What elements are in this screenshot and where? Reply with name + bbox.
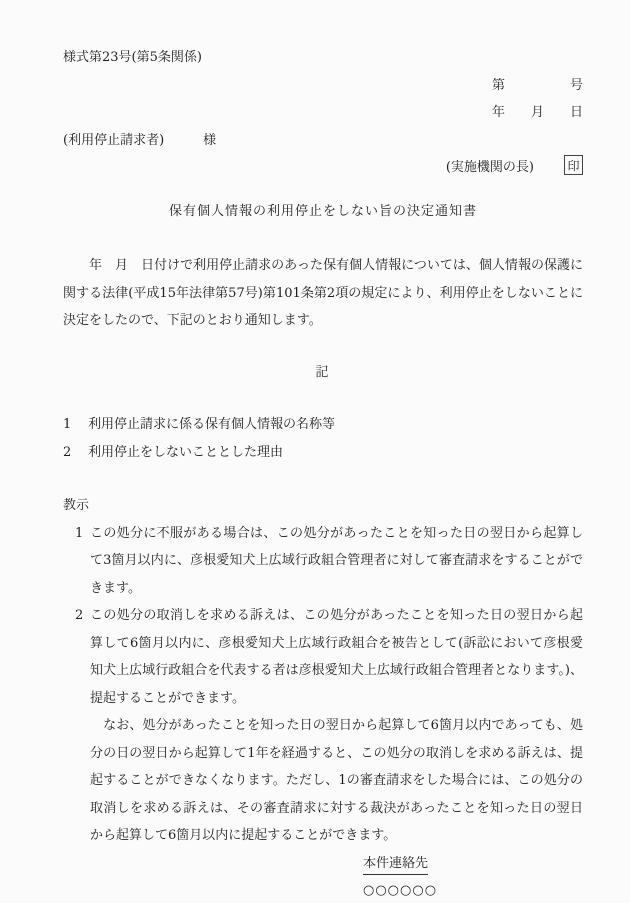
record-item-text: 利用停止請求に係る保有個人情報の名称等 bbox=[88, 411, 583, 439]
record-item-1: 1 利用停止請求に係る保有個人情報の名称等 bbox=[63, 411, 583, 439]
body-paragraph: 年 月 日付けで利用停止請求のあった保有個人情報については、個人情報の保護に関す… bbox=[63, 252, 583, 335]
form-number: 様式第23号(第5条関係) bbox=[63, 44, 583, 72]
record-item-text: 利用停止をしないこととした理由 bbox=[88, 439, 583, 467]
kyoji-item-text: この処分に不服がある場合は、この処分があったことを知った日の翌日から起算して3箇… bbox=[90, 520, 583, 603]
seal-stamp-box: 印 bbox=[564, 155, 583, 175]
document-title: 保有個人情報の利用停止をしない旨の決定通知書 bbox=[63, 198, 583, 226]
contact-block: 本件連絡先 ○○○○○○ bbox=[363, 850, 583, 903]
kyoji-item-note: なお、処分があったことを知った日の翌日から起算して6箇月以内であっても、処分の日… bbox=[90, 712, 583, 850]
kyoji-heading: 教示 bbox=[63, 492, 583, 520]
issuer-line: (実施機関の長)印 bbox=[63, 154, 583, 182]
kyoji-item-2: 2 この処分の取消しを求める訴えは、この処分があったことを知った日の翌日から起算… bbox=[75, 602, 583, 850]
kyoji-item-body: この処分の取消しを求める訴えは、この処分があったことを知った日の翌日から起算して… bbox=[90, 602, 583, 850]
issuer-label: (実施機関の長) bbox=[446, 160, 534, 175]
record-item-number: 1 bbox=[63, 411, 88, 439]
record-item-number: 2 bbox=[63, 439, 88, 467]
kyoji-item-number: 2 bbox=[75, 602, 90, 850]
contact-label: 本件連絡先 bbox=[363, 854, 428, 875]
contact-value: ○○○○○○ bbox=[363, 877, 583, 903]
kyoji-item-1: 1 この処分に不服がある場合は、この処分があったことを知った日の翌日から起算して… bbox=[75, 520, 583, 603]
kyoji-item-text: この処分の取消しを求める訴えは、この処分があったことを知った日の翌日から起算して… bbox=[90, 602, 583, 712]
kyoji-section: 教示 1 この処分に不服がある場合は、この処分があったことを知った日の翌日から起… bbox=[63, 492, 583, 850]
kyoji-item-number: 1 bbox=[75, 520, 90, 603]
date-line: 年 月 日 bbox=[63, 99, 583, 127]
ki-label: 記 bbox=[63, 359, 583, 387]
addressee-line: (利用停止請求者) 様 bbox=[63, 127, 583, 155]
document-page: 様式第23号(第5条関係) 第 号 年 月 日 (利用停止請求者) 様 (実施機… bbox=[0, 0, 630, 903]
record-list: 1 利用停止請求に係る保有個人情報の名称等 2 利用停止をしないこととした理由 bbox=[63, 411, 583, 466]
doc-number-line: 第 号 bbox=[63, 72, 583, 100]
record-item-2: 2 利用停止をしないこととした理由 bbox=[63, 439, 583, 467]
